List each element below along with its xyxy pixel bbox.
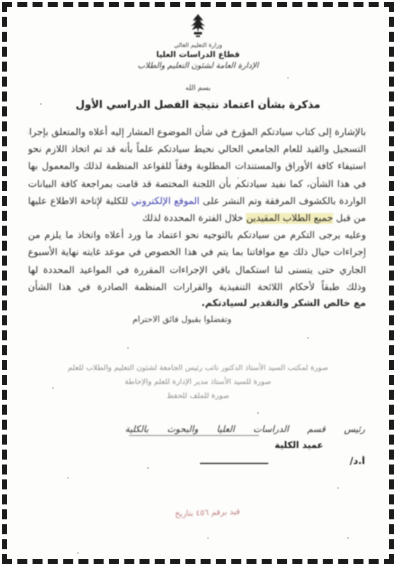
body-text: من قبل <box>333 213 366 224</box>
cc-line: صورة لمكتب السيد الأستاذ الدكتور نائب رئ… <box>21 361 375 375</box>
highlighted-text: جميع الطلاب المقيدين <box>246 213 333 224</box>
body-text: الواردة بالكشوف المرفقة وتم النشر على <box>200 196 366 207</box>
body-line-with-highlight: من قبل جميع الطلاب المقيدين خلال الفترة … <box>28 210 366 227</box>
closing-thanks-line: مع خالص الشكر والتقدير لسيادتكم. <box>201 298 366 309</box>
signatory-title: عميد الكلية <box>249 441 349 451</box>
body-line: في هذا الشأن، كما نفيد سيادتكم بأن اللجن… <box>28 176 366 193</box>
basmala-line: بسم الله <box>7 84 389 92</box>
scanned-letter-page: { "colors": { "border": "#1b1b1b", "link… <box>0 0 396 576</box>
scan-noise-specks <box>7 7 9 9</box>
header-org-line: قطاع الدراسات العليا <box>7 50 389 59</box>
cc-line: صورة للسيد الأستاذ مدير الإدارة للعلم وا… <box>95 375 300 389</box>
eagle-emblem-icon <box>7 13 389 45</box>
website-hyperlink[interactable]: الموقع الإلكتروني <box>131 196 199 207</box>
red-registry-stamp: قيد برقم ٤٥٦ بتاريخ <box>125 507 240 520</box>
signatory-role-line: رئيس قسم الدراسات العليا والبحوث بالكلية <box>125 425 365 435</box>
header-ministry-line: وزارة التعليم العالي <box>7 42 389 49</box>
body-line: الجاري حتى يتسنى لنا استكمال باقي الإجرا… <box>28 262 366 279</box>
body-text: للكلية لإتاحة الاطلاع عليها <box>28 196 131 207</box>
body-line: بالإشارة إلى كتاب سيادتكم المؤرخ في شأن … <box>28 124 366 141</box>
body-line-with-link: الواردة بالكشوف المرفقة وتم النشر على ال… <box>28 193 366 210</box>
cc-distribution-block: صورة لمكتب السيد الأستاذ الدكتور نائب رئ… <box>21 361 375 403</box>
body-text: خلال الفترة المحددة لذلك <box>142 213 246 224</box>
cc-line: صورة للملف للحفظ <box>141 389 254 403</box>
letter-title: مذكرة بشأن اعتماد نتيجة الفصل الدراسي ال… <box>42 99 354 111</box>
header-department-line: الإدارة العامة لشئون التعليم والطلاب <box>7 61 389 70</box>
body-line: وعليه يرجى التكرم من سيادتكم بالتوجيه نح… <box>28 227 366 244</box>
letter-content: وزارة التعليم العالي قطاع الدراسات العلي… <box>7 7 389 559</box>
body-line: استيفاء كافة الأوراق والمستندات المطلوبة… <box>28 158 366 175</box>
letter-body: بالإشارة إلى كتاب سيادتكم المؤرخ في شأن … <box>28 124 366 296</box>
pen-flourish-line <box>129 435 259 436</box>
body-line: إجراءات حيال ذلك مع موافاتنا بما يتم في … <box>28 244 366 261</box>
signatory-name: أ.د/ ـــــــــــــــــــــ <box>200 456 365 467</box>
closing-respect-line: وتفضلوا بقبول فائق الاحترام <box>112 315 252 325</box>
body-line: التسجيل والقيد للعام الجامعي الحالي نحيط… <box>28 141 366 158</box>
body-line: وذلك طبقاً لأحكام اللائحة التنفيذية والق… <box>28 279 366 296</box>
